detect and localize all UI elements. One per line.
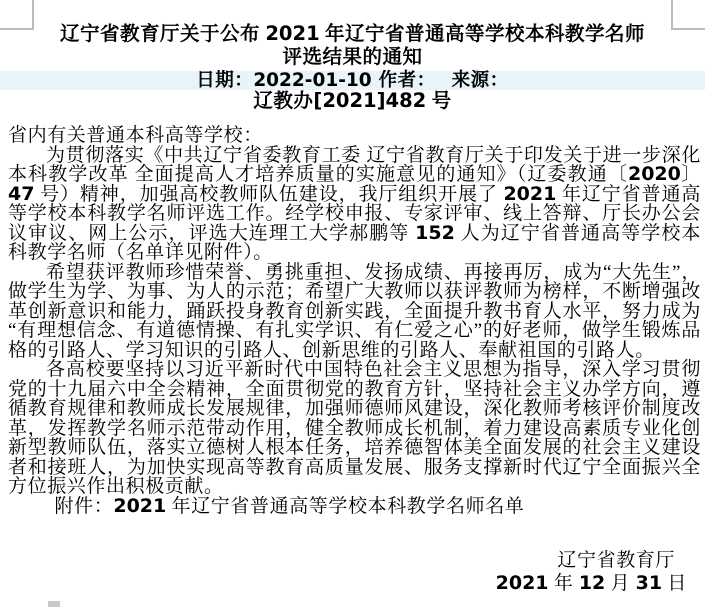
date-label: 日期： <box>196 71 253 91</box>
meta-bar: 日期：2022-01-10作者：来源： <box>0 71 705 90</box>
scrollbar-fragment[interactable] <box>48 601 60 607</box>
notice-title-line2: 评选结果的通知 <box>282 47 422 68</box>
page-corner-top-left <box>0 0 34 30</box>
paragraph-3: 各高校要坚持以习近平新时代中国特色社会主义思想为指导，深入学习贯彻党的十九届六中… <box>8 360 701 497</box>
attachment-line: 附件：2021 年辽宁省普通高等学校本科教学名师名单 <box>8 497 701 517</box>
notice-body: 省内有关普通本科高等学校： 为贯彻落实《中共辽宁省委教育工委 辽宁省教育厅关于印… <box>0 126 705 516</box>
signature-block: 辽宁省教育厅 2021 年 12 月 31 日 <box>0 550 705 595</box>
document-number: 辽教办[2021]482 号 <box>0 91 705 112</box>
notice-title: 辽宁省教育厅关于公布 2021 年辽宁省普通高等学校本科教学名师评选结果的通知 <box>12 22 693 69</box>
author-label: 作者： <box>379 71 436 91</box>
notice-page: 辽宁省教育厅关于公布 2021 年辽宁省普通高等学校本科教学名师评选结果的通知 … <box>0 22 705 595</box>
notice-title-line1: 辽宁省教育厅关于公布 2021 年辽宁省普通高等学校本科教学名师 <box>60 24 645 45</box>
issuing-org: 辽宁省教育厅 <box>0 550 705 572</box>
source-label: 来源： <box>452 71 509 91</box>
greeting-line: 省内有关普通本科高等学校： <box>8 126 701 146</box>
paragraph-2: 希望获评教师珍惜荣誉、勇挑重担、发扬成绩、再接再厉，成为“大先生”，做学生为学、… <box>8 263 701 361</box>
page-corner-top-right <box>671 0 705 30</box>
issue-date: 2021 年 12 月 31 日 <box>0 572 705 595</box>
paragraph-1: 为贯彻落实《中共辽宁省委教育工委 辽宁省教育厅关于印发关于进一步深化本科教学改革… <box>8 146 701 263</box>
publish-date: 2022-01-10 <box>253 70 371 91</box>
